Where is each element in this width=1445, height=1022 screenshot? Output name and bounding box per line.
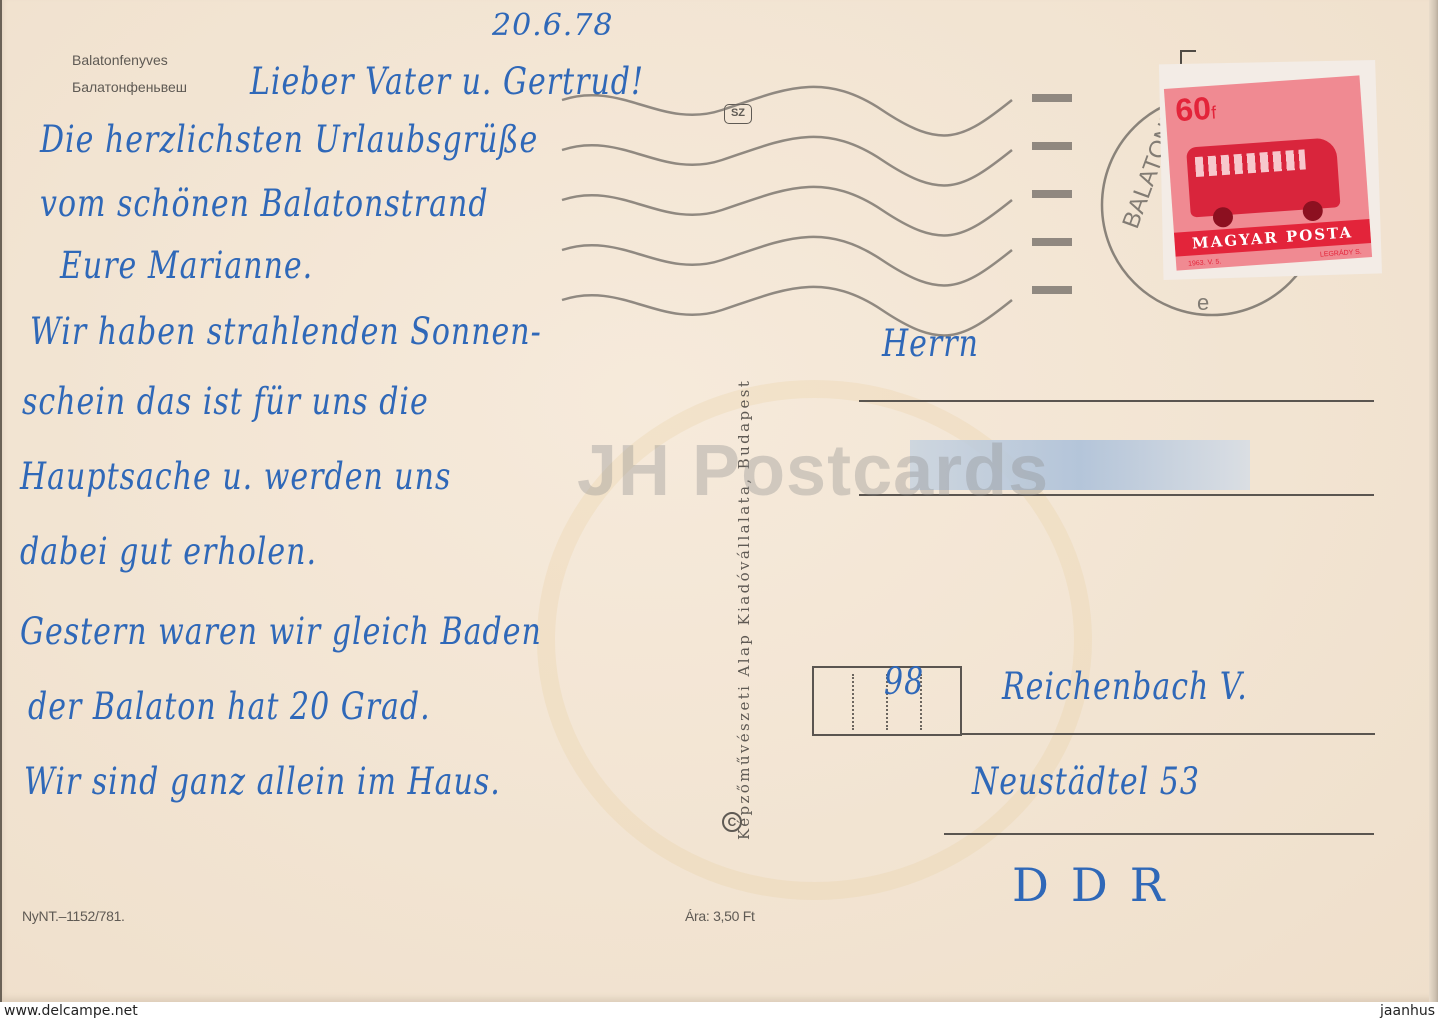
message-line: Wir haben strahlenden Sonnen- <box>30 310 542 354</box>
address-country: DDR <box>1012 858 1186 912</box>
price-label: Ára: 3,50 Ft <box>685 908 755 924</box>
stamp-unit: f <box>1211 102 1217 122</box>
handwritten-date: 20.6.78 <box>492 8 614 43</box>
place-name-cyrillic: Балатонфеньвеш <box>72 79 187 95</box>
svg-text:e: e <box>1197 290 1209 315</box>
message-line: Eure Marianne. <box>60 244 313 288</box>
zip-divider <box>852 674 854 730</box>
postal-code: 98 <box>884 660 924 704</box>
stamp-year: 1963. V. 5. <box>1188 258 1222 267</box>
message-line: Wir sind ganz allein im Haus. <box>24 760 501 804</box>
address-salutation: Herrn <box>882 322 979 366</box>
bus-wheel-icon <box>1302 200 1323 221</box>
postage-stamp: 60f MAGYAR POSTA 1963. V. 5. LEGRÁDY S. <box>1152 60 1382 280</box>
stamp-value: 60 <box>1174 90 1212 128</box>
site-credit: www.delcampe.net <box>4 1003 138 1019</box>
message-line: vom schönen Balatonstrand <box>40 182 489 226</box>
copyright-icon: C <box>722 812 742 832</box>
footer-bar: www.delcampe.net jaanhus <box>0 1002 1445 1022</box>
place-name-latin: Balatonfenyves <box>72 52 168 68</box>
message-line: schein das ist für uns die <box>22 380 429 424</box>
stamp-bus-illustration: 60f MAGYAR POSTA 1963. V. 5. LEGRÁDY S. <box>1164 75 1372 270</box>
wavy-cancellation-icon <box>542 80 1102 340</box>
message-line: Hauptsache u. werden uns <box>20 455 451 499</box>
stamp-denomination: 60f <box>1174 90 1217 130</box>
catalog-code: NyNT.–1152/781. <box>22 908 125 924</box>
bus-wheel-icon <box>1212 207 1233 228</box>
message-line: Die herzlichsten Urlaubsgrüße <box>40 118 538 162</box>
seller-credit: jaanhus <box>1380 1003 1435 1019</box>
address-line <box>859 400 1374 402</box>
message-line: der Balaton hat 20 Grad. <box>28 685 431 729</box>
address-line <box>962 733 1375 735</box>
watermark: JH Postcards <box>577 430 1049 512</box>
message-line: dabei gut erholen. <box>20 530 317 574</box>
address-line <box>944 833 1374 835</box>
card-edge <box>1429 0 1438 1002</box>
address-city: Reichenbach V. <box>1002 665 1248 709</box>
stamp-artist: LEGRÁDY S. <box>1320 249 1362 259</box>
address-street: Neustädtel 53 <box>972 760 1200 804</box>
message-line: Gestern waren wir gleich Baden <box>20 610 542 654</box>
postcard-back: Balatonfenyves Балатонфеньвеш 20.6.78 Li… <box>0 0 1438 1002</box>
